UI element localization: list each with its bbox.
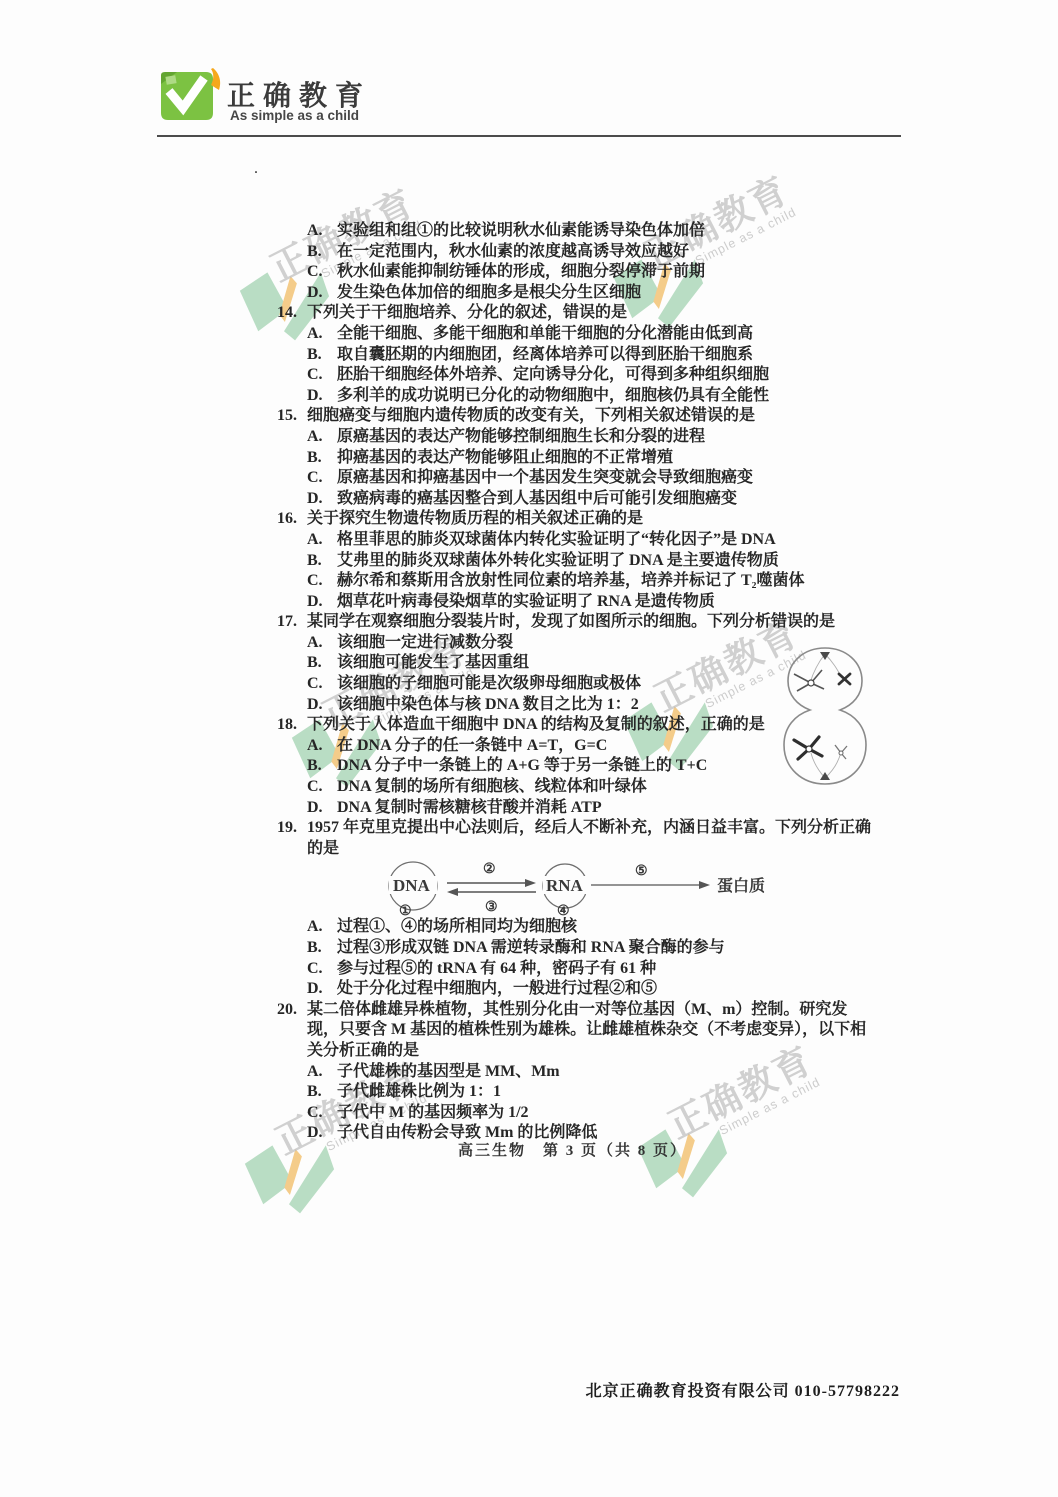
- option-label: D.: [307, 979, 337, 1000]
- option-row: C.子代中 M 的基因频率为 1/2: [277, 1103, 877, 1124]
- option-label: D.: [307, 283, 337, 304]
- option-row: C.胚胎干细胞经体外培养、定向诱导分化，可得到多种组织细胞: [277, 365, 877, 386]
- question-number: 16.: [277, 509, 307, 530]
- dogma-step5-label: ⑤: [635, 864, 648, 879]
- option-label: D.: [307, 489, 337, 510]
- option-label: C.: [307, 365, 337, 386]
- question-stem: 15.细胞癌变与细胞内遗传物质的改变有关，下列相关叙述错误的是: [277, 406, 877, 427]
- scanned-exam-page: 正确教育 As simple as a child . 正确教育 Simple …: [0, 0, 1058, 1497]
- option-label: B.: [307, 345, 337, 366]
- option-row: C.秋水仙素能抑制纺锤体的形成，细胞分裂停滞于前期: [277, 262, 877, 283]
- option-row: C.原癌基因和抑癌基因中一个基因发生突变就会导致细胞癌变: [277, 468, 877, 489]
- option-label: C.: [307, 1103, 337, 1124]
- question-stem: 19.1957 年克里克提出中心法则后，经后人不断补充，内涵日益丰富。下列分析正…: [277, 818, 877, 859]
- option-label: B.: [307, 242, 337, 263]
- option-row: B.抑癌基因的表达产物能够阻止细胞的不正常增殖: [277, 448, 877, 469]
- option-row: D.DNA 复制时需核糖核苷酸并消耗 ATP: [277, 798, 877, 819]
- question-item: 19.1957 年克里克提出中心法则后，经后人不断补充，内涵日益丰富。下列分析正…: [277, 818, 877, 1000]
- dogma-dna-label: DNA: [393, 876, 431, 895]
- company-footer: 北京正确教育投资有限公司 010-57798222: [0, 1378, 900, 1401]
- option-label: A.: [307, 917, 337, 938]
- central-dogma-figure: DNA ① ② ③ RNA ④ ⑤ 蛋白质: [277, 861, 877, 915]
- option-row: B.过程③形成双链 DNA 需逆转录酶和 RNA 聚合酶的参与: [277, 938, 877, 959]
- option-row: A.原癌基因的表达产物能够控制细胞生长和分裂的进程: [277, 427, 877, 448]
- question-stem: 17.某同学在观察细胞分裂装片时，发现了如图所示的细胞。下列分析错误的是: [277, 612, 877, 633]
- option-label: B.: [307, 938, 337, 959]
- dividing-cell-figure: [776, 645, 874, 792]
- question-number: 14.: [277, 303, 307, 324]
- option-label: B.: [307, 756, 337, 777]
- option-label: D.: [307, 1123, 337, 1144]
- option-label: D.: [307, 695, 337, 716]
- option-row: D.致癌病毒的癌基因整合到人基因组中后可能引发细胞癌变: [277, 489, 877, 510]
- header-rule: [157, 135, 901, 137]
- brand-slogan: As simple as a child: [230, 108, 359, 123]
- question-number: 18.: [277, 715, 307, 736]
- question-item: 16.关于探究生物遗传物质历程的相关叙述正确的是A.格里菲思的肺炎双球菌体内转化…: [277, 509, 877, 612]
- question-stem: 16.关于探究生物遗传物质历程的相关叙述正确的是: [277, 509, 877, 530]
- dogma-protein-label: 蛋白质: [717, 876, 765, 895]
- option-row: D.烟草花叶病毒侵染烟草的实验证明了 RNA 是遗传物质: [277, 592, 877, 613]
- brand-logo-icon: [158, 66, 224, 133]
- option-row: D.发生染色体加倍的细胞多是根尖分生区细胞: [277, 283, 877, 304]
- option-label: C.: [307, 571, 337, 592]
- option-row: B.在一定范围内，秋水仙素的浓度越高诱导效应越好: [277, 242, 877, 263]
- option-label: B.: [307, 551, 337, 572]
- question-item: A.实验组和组①的比较说明秋水仙素能诱导染色体加倍B.在一定范围内，秋水仙素的浓…: [277, 221, 877, 303]
- question-item: 20.某二倍体雌雄异株植物，其性别分化由一对等位基因（M、m）控制。研究发现，只…: [277, 1000, 877, 1144]
- question-item: 15.细胞癌变与细胞内遗传物质的改变有关，下列相关叙述错误的是A.原癌基因的表达…: [277, 406, 877, 509]
- option-row: A.格里菲思的肺炎双球菌体内转化实验证明了“转化因子”是 DNA: [277, 530, 877, 551]
- option-row: D.处于分化过程中细胞内，一般进行过程②和⑤: [277, 979, 877, 1000]
- option-row: B.子代雌雄株比例为 1：1: [277, 1082, 877, 1103]
- question-number: 20.: [277, 1000, 307, 1021]
- question-number: 15.: [277, 406, 307, 427]
- option-row: B.艾弗里的肺炎双球菌体外转化实验证明了 DNA 是主要遗传物质: [277, 551, 877, 572]
- option-row: C.参与过程⑤的 tRNA 有 64 种，密码子有 61 种: [277, 959, 877, 980]
- option-label: C.: [307, 674, 337, 695]
- option-row: A.全能干细胞、多能干细胞和单能干细胞的分化潜能由低到高: [277, 324, 877, 345]
- page-number-footer: 高三生物 第 3 页（共 8 页）: [458, 1139, 687, 1160]
- question-item: 14.下列关于干细胞培养、分化的叙述，错误的是A.全能干细胞、多能干细胞和单能干…: [277, 303, 877, 406]
- option-label: C.: [307, 468, 337, 489]
- option-label: A.: [307, 736, 337, 757]
- stray-scan-mark: .: [254, 160, 258, 178]
- option-label: A.: [307, 221, 337, 242]
- dogma-step1-label: ①: [399, 904, 412, 917]
- option-label: A.: [307, 1062, 337, 1083]
- question-stem: 14.下列关于干细胞培养、分化的叙述，错误的是: [277, 303, 877, 324]
- option-row: A.过程①、④的场所相同均为细胞核: [277, 917, 877, 938]
- dogma-rna-label: RNA: [546, 876, 584, 895]
- option-label: C.: [307, 262, 337, 283]
- option-label: A.: [307, 633, 337, 654]
- option-label: A.: [307, 324, 337, 345]
- question-number: 19.: [277, 818, 307, 839]
- option-row: C.赫尔希和蔡斯用含放射性同位素的培养基，培养并标记了 T₂噬菌体: [277, 571, 877, 592]
- option-label: B.: [307, 448, 337, 469]
- dogma-step2-label: ②: [483, 862, 496, 877]
- option-label: A.: [307, 530, 337, 551]
- option-label: C.: [307, 959, 337, 980]
- option-label: B.: [307, 653, 337, 674]
- option-row: A.子代雄株的基因型是 MM、Mm: [277, 1062, 877, 1083]
- option-label: D.: [307, 386, 337, 407]
- dogma-step4-label: ④: [557, 904, 570, 917]
- option-row: D.多利羊的成功说明已分化的动物细胞中，细胞核仍具有全能性: [277, 386, 877, 407]
- question-stem: 20.某二倍体雌雄异株植物，其性别分化由一对等位基因（M、m）控制。研究发现，只…: [277, 1000, 877, 1062]
- option-label: D.: [307, 798, 337, 819]
- option-label: C.: [307, 777, 337, 798]
- option-row: A.实验组和组①的比较说明秋水仙素能诱导染色体加倍: [277, 221, 877, 242]
- dogma-step3-label: ③: [485, 900, 498, 915]
- option-row: B.取自囊胚期的内细胞团，经离体培养可以得到胚胎干细胞系: [277, 345, 877, 366]
- question-number: 17.: [277, 612, 307, 633]
- option-label: B.: [307, 1082, 337, 1103]
- option-label: D.: [307, 592, 337, 613]
- option-label: A.: [307, 427, 337, 448]
